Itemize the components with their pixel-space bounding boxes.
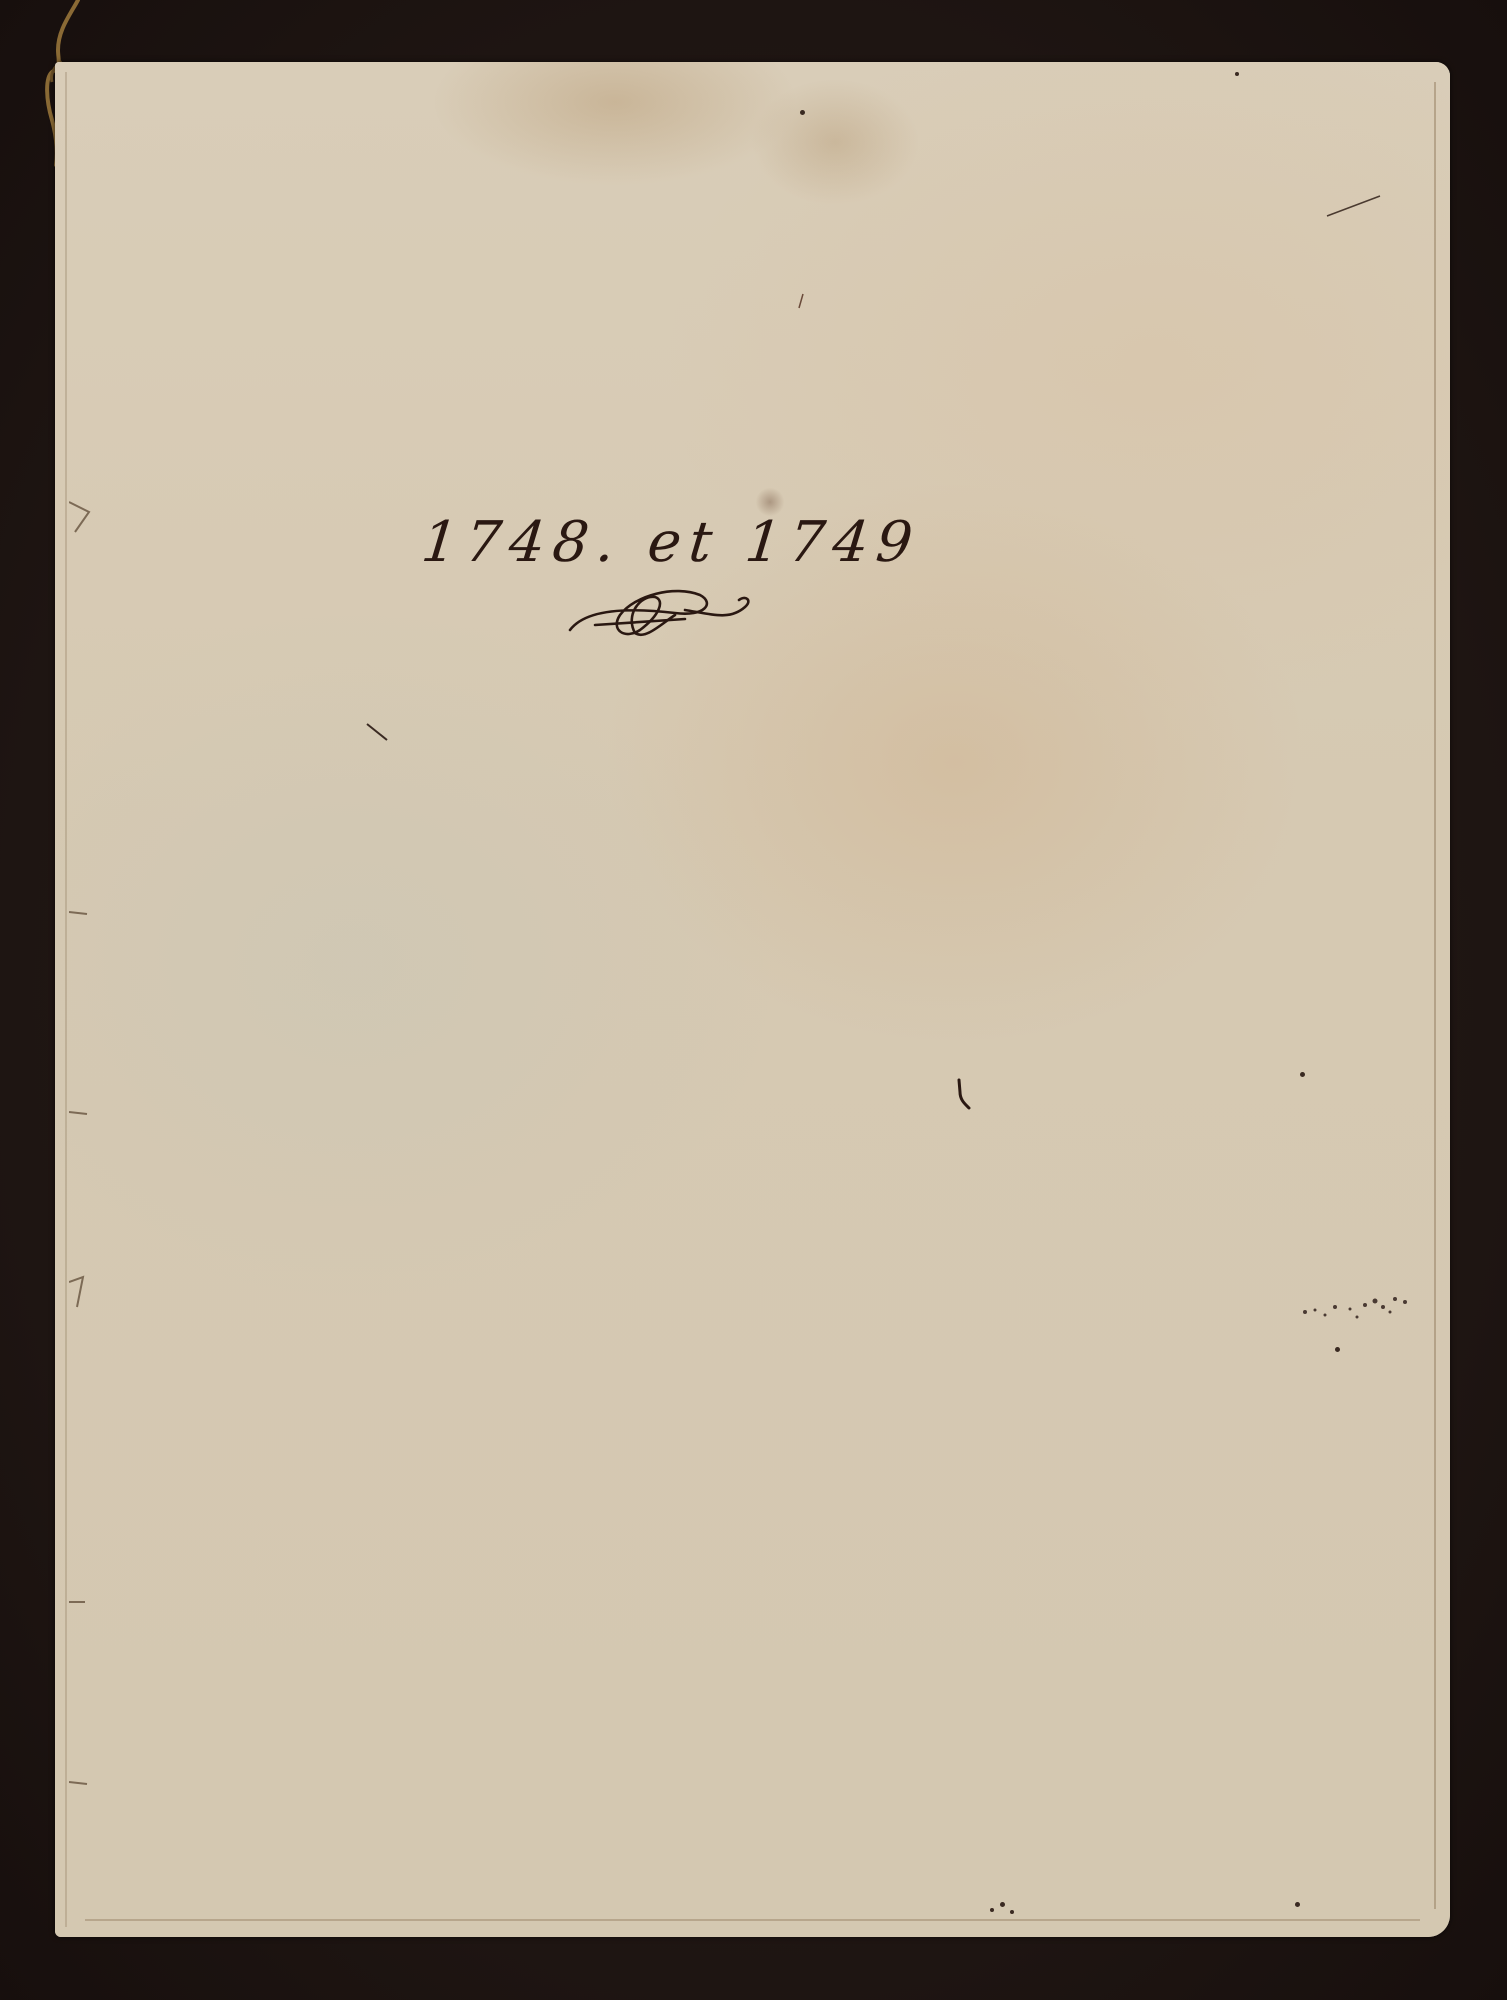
paper-texture bbox=[55, 62, 1450, 1937]
handwritten-title-block: 1748. et 1749 bbox=[400, 500, 920, 670]
manuscript-page bbox=[55, 62, 1450, 1937]
page-edge-bottom bbox=[85, 1919, 1420, 1921]
handwritten-title: 1748. et 1749 bbox=[419, 510, 924, 575]
ink-scratch bbox=[795, 292, 807, 312]
page-edge-left bbox=[65, 72, 67, 1927]
ink-scratch bbox=[365, 722, 395, 752]
foxing-spots bbox=[1285, 1287, 1435, 1327]
page-edge-right bbox=[1434, 82, 1436, 1909]
flourish-underline bbox=[565, 585, 765, 655]
ink-scratch bbox=[1325, 192, 1385, 222]
ink-stroke-mark bbox=[955, 1078, 975, 1118]
sewing-holes bbox=[69, 62, 99, 1937]
